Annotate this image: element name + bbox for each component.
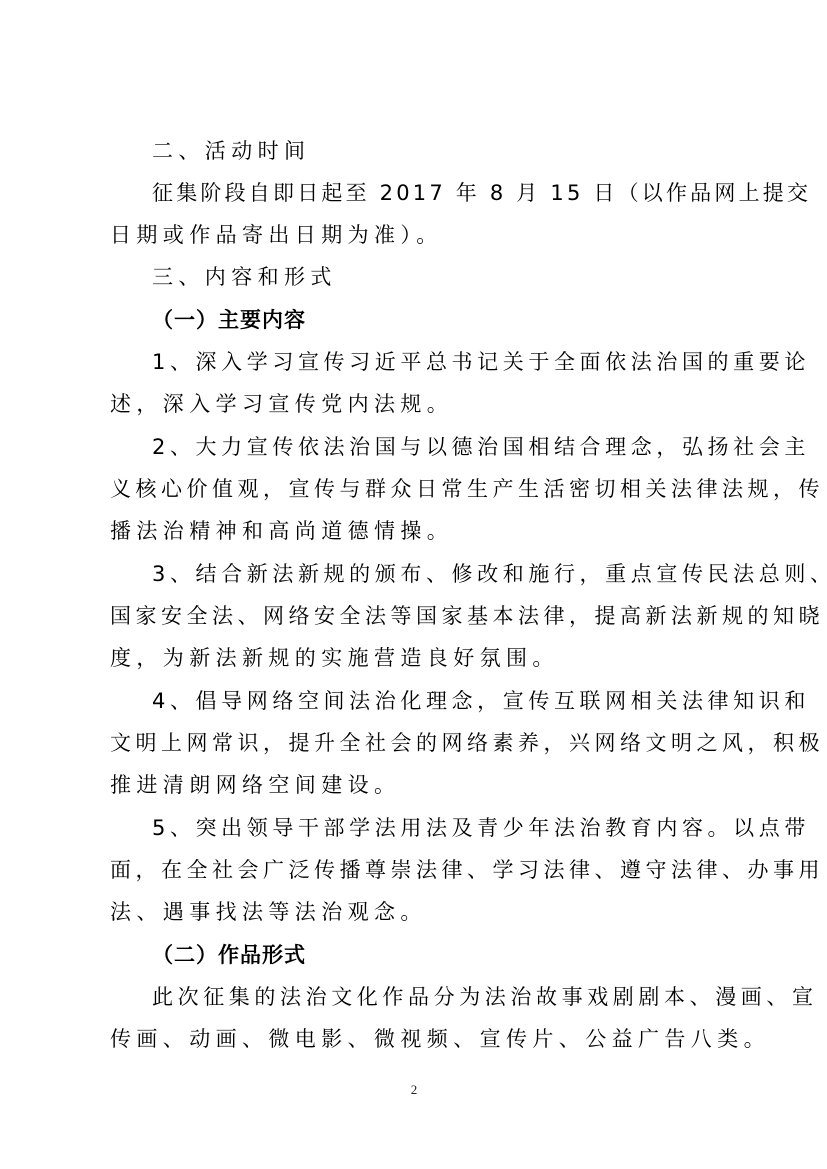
paragraph-line: 征集阶段自即日起至 2017 年 8 月 15 日（以作品网上提交 — [152, 178, 762, 208]
subsection-heading-main-content: （一）主要内容 — [152, 305, 762, 335]
list-item-1: 1、深入学习宣传习近平总书记关于全面依法治国的重要论 — [152, 347, 762, 377]
paragraph-line: 此次征集的法治文化作品分为法治故事戏剧剧本、漫画、宣 — [152, 982, 762, 1012]
subsection-heading-work-form: （二）作品形式 — [152, 940, 762, 970]
section-heading-activity-time: 二、活动时间 — [152, 136, 762, 166]
page-number: 2 — [404, 1082, 424, 1098]
list-item-1-cont: 述，深入学习宣传党内法规。 — [110, 389, 720, 419]
list-item-3-cont: 国家安全法、网络安全法等国家基本法律，提高新法新规的知晓 — [110, 601, 720, 631]
list-item-5-cont: 面，在全社会广泛传播尊崇法律、学习法律、遵守法律、办事用 — [110, 855, 720, 885]
list-item-4: 4、倡导网络空间法治化理念，宣传互联网相关法律知识和 — [152, 686, 762, 716]
list-item-5-cont: 法、遇事找法等法治观念。 — [110, 897, 720, 927]
list-item-2-cont: 义核心价值观，宣传与群众日常生产生活密切相关法律法规，传 — [110, 474, 720, 504]
list-item-3-cont: 度，为新法新规的实施营造良好氛围。 — [110, 643, 720, 673]
list-item-4-cont: 推进清朗网络空间建设。 — [110, 770, 720, 800]
document-page: 二、活动时间 征集阶段自即日起至 2017 年 8 月 15 日（以作品网上提交… — [0, 0, 827, 1169]
paragraph-line: 日期或作品寄出日期为准）。 — [110, 220, 720, 250]
section-heading-content-form: 三、内容和形式 — [152, 262, 762, 292]
list-item-4-cont: 文明上网常识，提升全社会的网络素养，兴网络文明之风，积极 — [110, 728, 720, 758]
paragraph-line: 传画、动画、微电影、微视频、宣传片、公益广告八类。 — [110, 1024, 720, 1054]
list-item-5: 5、突出领导干部学法用法及青少年法治教育内容。以点带 — [152, 813, 762, 843]
list-item-3: 3、结合新法新规的颁布、修改和施行，重点宣传民法总则、 — [152, 559, 762, 589]
list-item-2: 2、大力宣传依法治国与以德治国相结合理念，弘扬社会主 — [152, 432, 762, 462]
list-item-2-cont: 播法治精神和高尚道德情操。 — [110, 516, 720, 546]
